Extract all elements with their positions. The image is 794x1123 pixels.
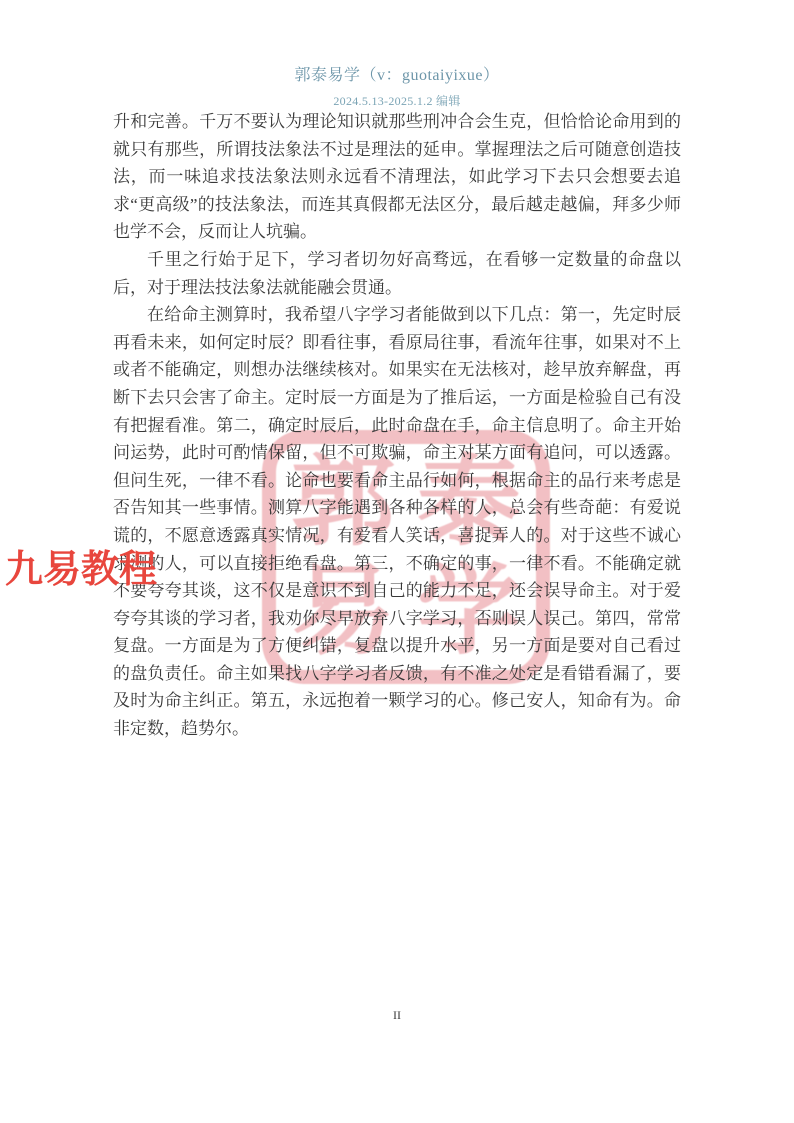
brand-watermark-text: 九易教程 [5, 538, 157, 593]
document-header-title: 郭泰易学（v：guotaiyixue） [0, 62, 794, 85]
paragraph: 千里之行始于足下，学习者切勿好高骛远，在看够一定数量的命盘以后，对于理法技法象法… [113, 246, 681, 301]
edit-date-line: 2024.5.13-2025.1.2 编辑 [0, 92, 794, 109]
paragraph: 在给命主测算时，我希望八字学习者能做到以下几点：第一，先定时辰再看未来，如何定时… [113, 301, 681, 743]
page-number: II [0, 1008, 794, 1023]
paragraph: 升和完善。千万不要认为理论知识就那些刑冲合会生克，但恰恰论命用到的就只有那些，所… [113, 108, 681, 246]
document-body: 升和完善。千万不要认为理论知识就那些刑冲合会生克，但恰恰论命用到的就只有那些，所… [113, 108, 681, 743]
document-page: 郭泰易学（v：guotaiyixue） 2024.5.13-2025.1.2 编… [0, 0, 794, 1123]
